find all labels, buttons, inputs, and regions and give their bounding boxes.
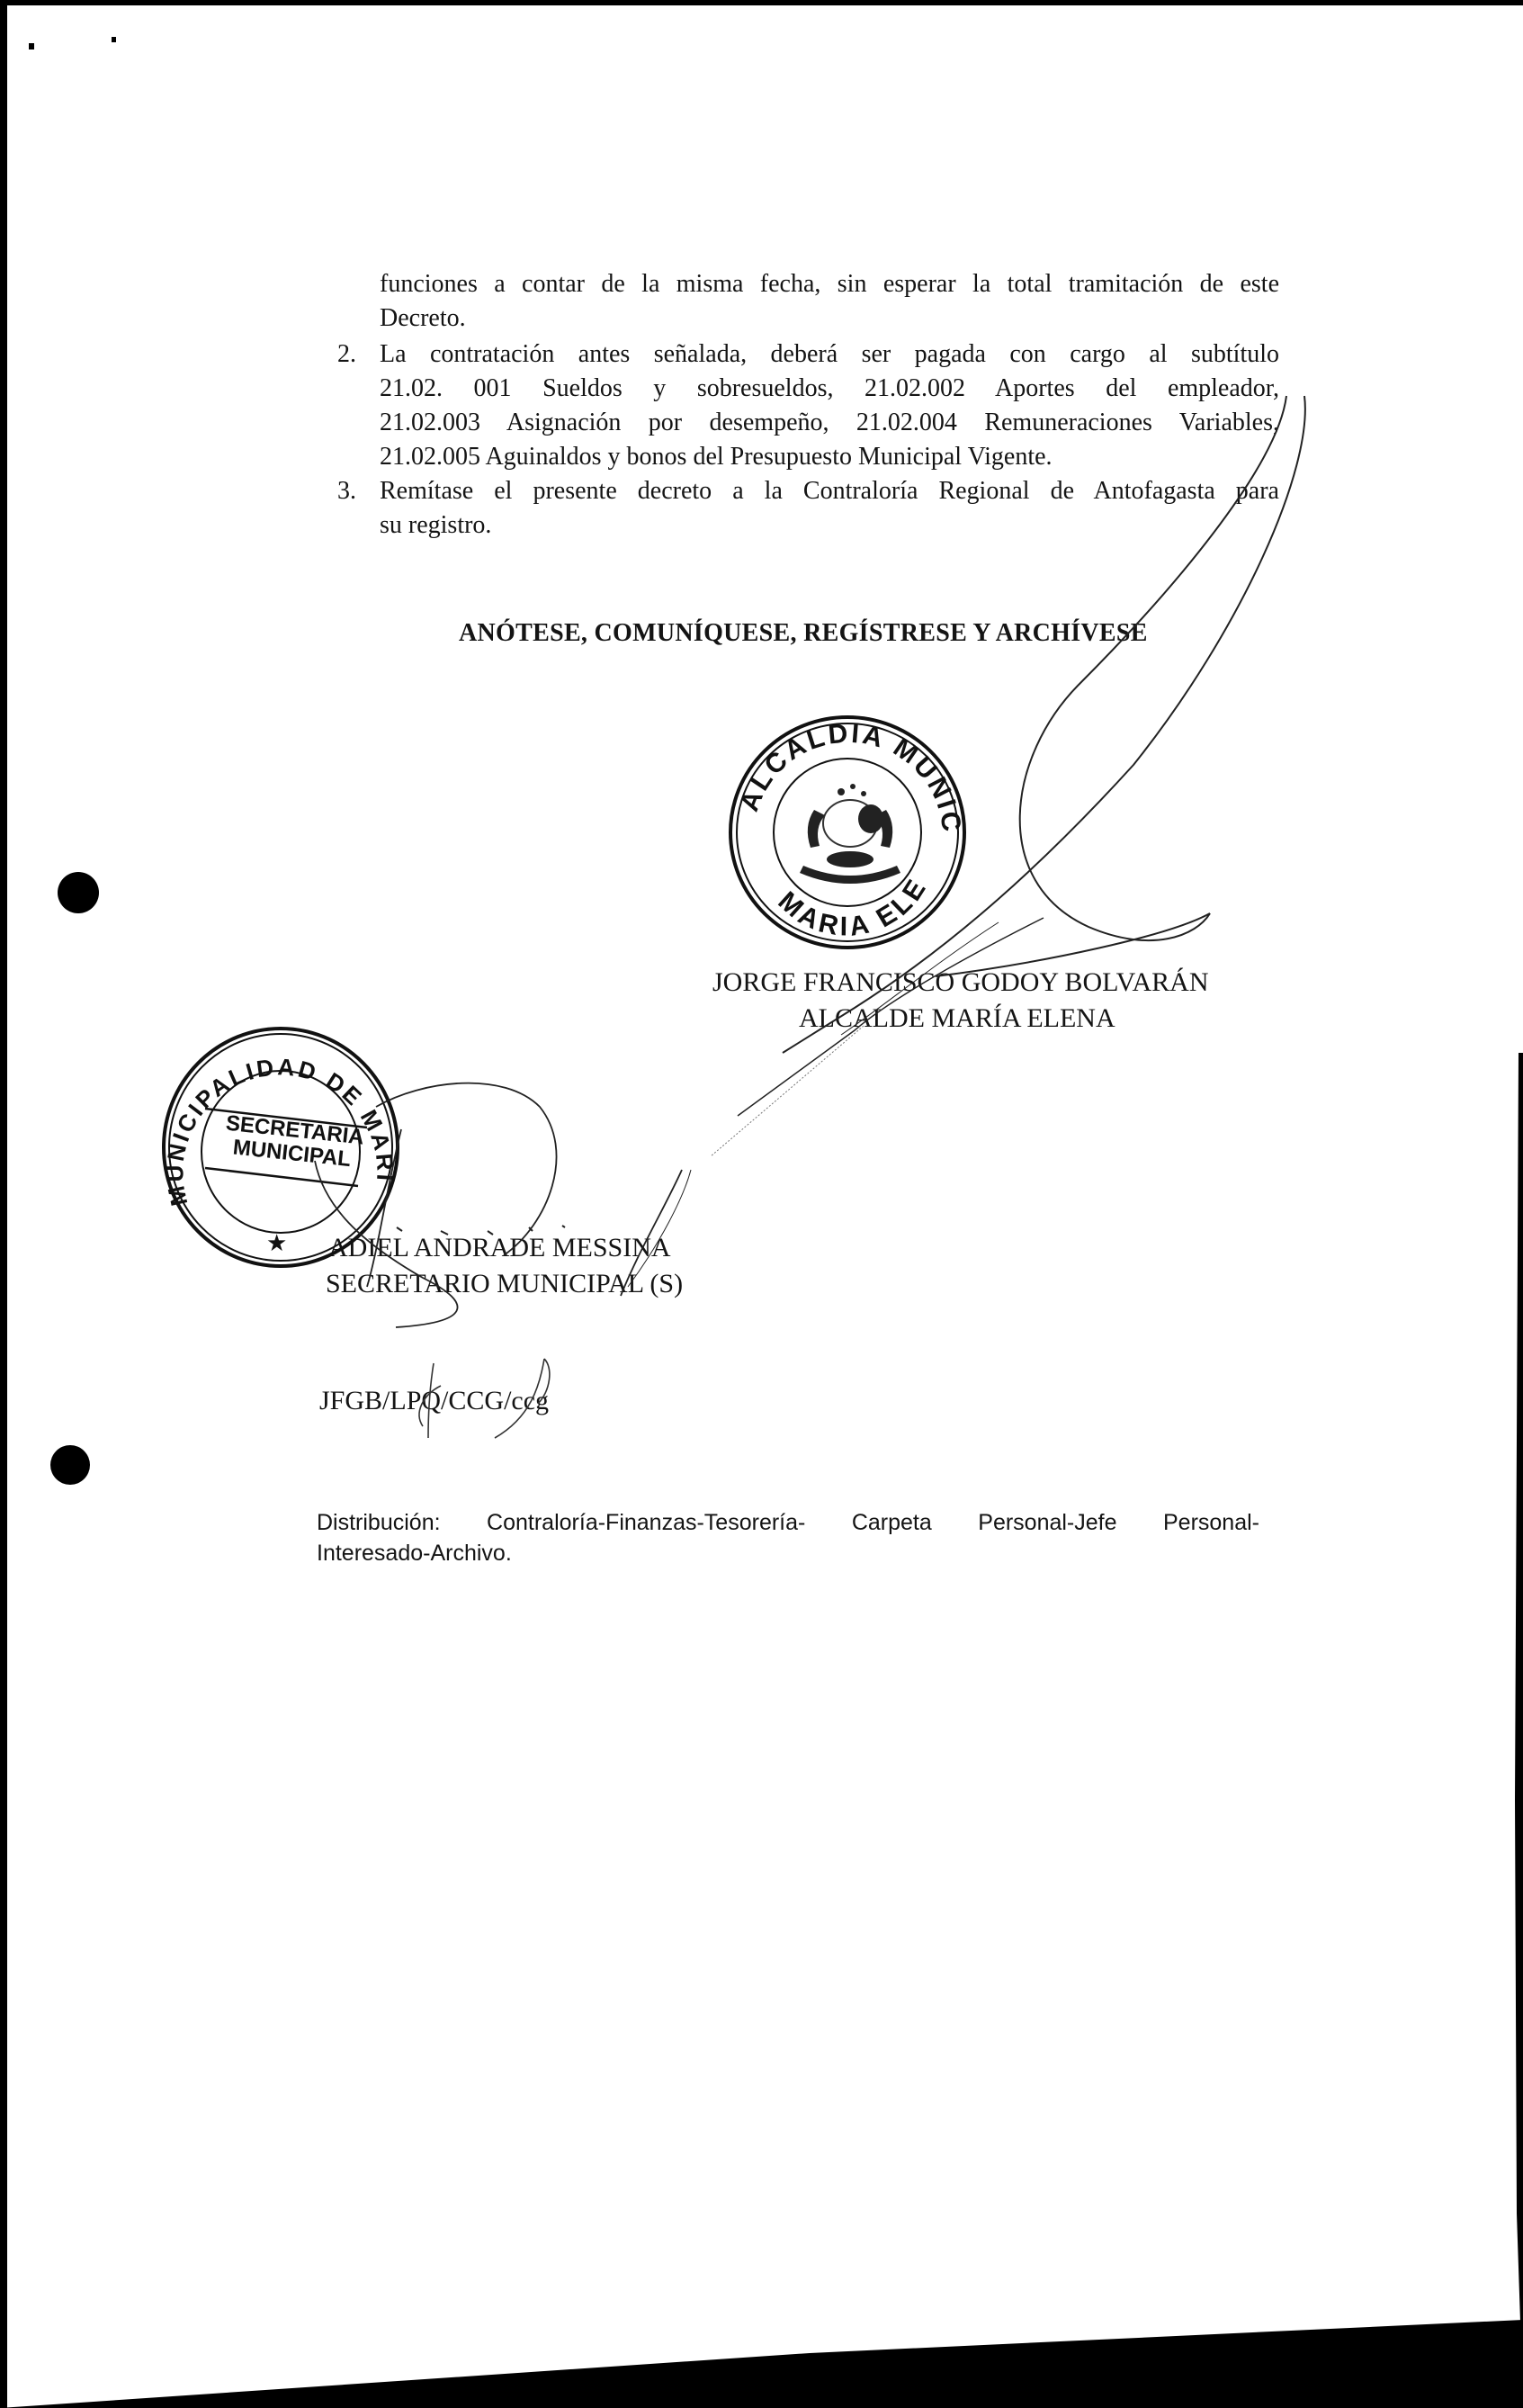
distribution-item: Personal-Jefe	[978, 1507, 1116, 1538]
speck-mark	[112, 37, 116, 42]
paragraph-line: Decreto.	[380, 301, 1279, 336]
scan-edge-bottom	[0, 2320, 1523, 2408]
decree-item-3: 3. Remítase el presente decreto a la Con…	[380, 474, 1279, 543]
paragraph-line: 21.02. 001 Sueldos y sobresueldos, 21.02…	[380, 372, 1279, 406]
decree-item-2: 2. La contratación antes señalada, deber…	[380, 337, 1279, 474]
punch-hole-icon	[50, 1445, 90, 1485]
paragraph-line: su registro.	[380, 508, 1279, 543]
speck-mark	[29, 43, 34, 49]
punch-hole-icon	[58, 872, 99, 913]
svg-text:MUNICIPALIDAD DE MARIA ELENA: MUNICIPALIDAD DE MARIA ELENA	[0, 0, 399, 1208]
secretary-name: ADIEL ANDRADE MESSINA	[328, 1233, 671, 1263]
mayor-name: JORGE FRANCISCO GODOY BOLVARÁN	[712, 967, 1208, 998]
scan-edge-right	[1515, 1053, 1523, 2322]
distribution-item: Contraloría-Finanzas-Tesorería-	[487, 1507, 805, 1538]
distribution-label: Distribución:	[317, 1507, 441, 1538]
paragraph-line: funciones a contar de la misma fecha, si…	[380, 267, 1279, 301]
decree-body: funciones a contar de la misma fecha, si…	[380, 267, 1279, 543]
secretary-title: SECRETARIO MUNICIPAL (S)	[326, 1269, 683, 1299]
scan-edge-left	[0, 0, 7, 2408]
mayor-title: ALCALDE MARÍA ELENA	[799, 1003, 1115, 1034]
item-number: 3.	[337, 474, 356, 508]
item-number: 2.	[337, 337, 356, 372]
scan-edge-top	[0, 0, 1523, 5]
secretary-seal-line1: SECRETARIA	[225, 1111, 365, 1150]
paragraph-line: Remítase el presente decreto a la Contra…	[380, 474, 1279, 508]
secretary-seal-ring-text: MUNICIPALIDAD DE MARIA ELENA	[0, 0, 399, 1208]
paragraph-line: 21.02.005 Aguinaldos y bonos del Presupu…	[380, 440, 1279, 474]
coat-of-arms-icon	[800, 784, 900, 884]
distribution-line-2: Interesado-Archivo.	[317, 1538, 1259, 1568]
secretary-seal-icon: MUNICIPALIDAD DE MARIA ELENA SECRETARIA …	[0, 0, 399, 1266]
secretary-seal-line2: MUNICIPAL	[232, 1135, 353, 1172]
distribution-item: Carpeta	[852, 1507, 932, 1538]
distribution-item: Personal-	[1163, 1507, 1259, 1538]
closing-formula: ANÓTESE, COMUNÍQUESE, REGÍSTRESE Y ARCHÍ…	[459, 619, 1148, 648]
reference-initials: JFGB/LPQ/CCG/ccg	[319, 1386, 549, 1416]
paragraph-line: La contratación antes señalada, deberá s…	[380, 337, 1279, 372]
distribution-list: Distribución: Contraloría-Finanzas-Tesor…	[317, 1507, 1259, 1568]
paragraph-line: 21.02.003 Asignación por desempeño, 21.0…	[380, 406, 1279, 440]
star-icon: ★	[266, 1230, 287, 1257]
